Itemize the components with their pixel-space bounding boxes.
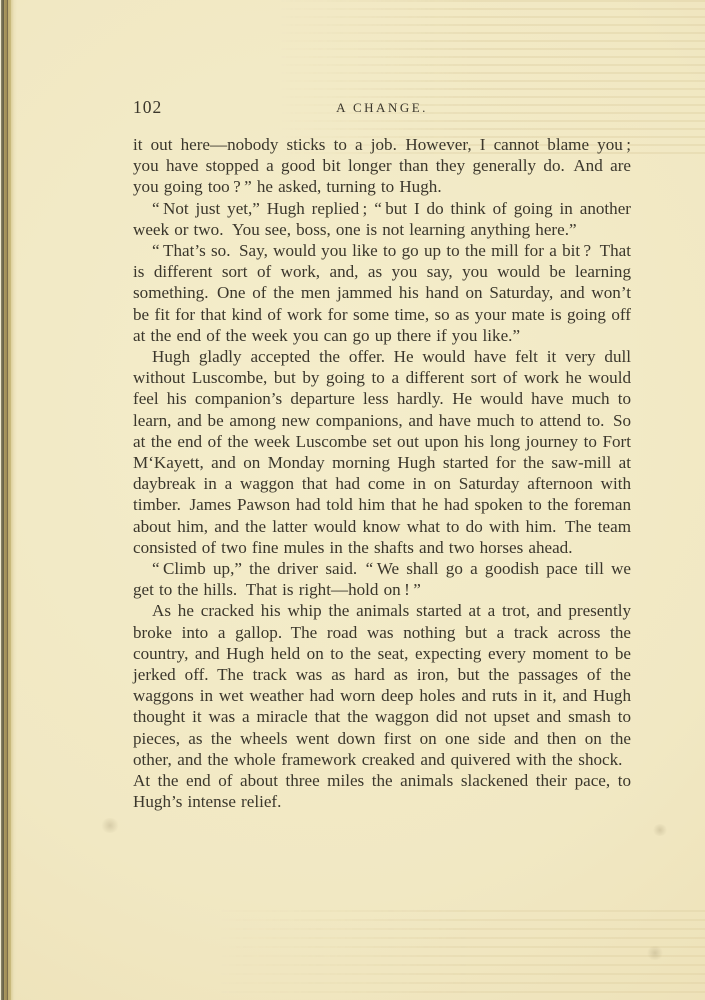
page-header: 102 A CHANGE.	[133, 97, 631, 119]
paper-smudge	[100, 818, 120, 833]
book-binding-edge	[0, 0, 17, 1000]
paragraph: “ That’s so. Say, would you like to go u…	[133, 240, 631, 346]
paper-smudge	[646, 946, 664, 960]
running-title: A CHANGE.	[133, 100, 631, 116]
paper-smudge	[652, 824, 668, 836]
body-text: it out here—nobody sticks to a job. Howe…	[133, 134, 631, 813]
book-page-scan: 102 A CHANGE. it out here—nobody sticks …	[0, 0, 705, 1000]
paragraph: Hugh gladly accepted the offer. He would…	[133, 346, 631, 558]
page-content: 102 A CHANGE. it out here—nobody sticks …	[133, 97, 631, 813]
paragraph: As he cracked his whip the animals start…	[133, 600, 631, 812]
paragraph: it out here—nobody sticks to a job. Howe…	[133, 134, 631, 198]
scan-streaks-bottom	[185, 910, 705, 1000]
paragraph: “ Climb up,” the driver said. “ We shall…	[133, 558, 631, 600]
paragraph: “ Not just yet,” Hugh replied ; “ but I …	[133, 198, 631, 240]
